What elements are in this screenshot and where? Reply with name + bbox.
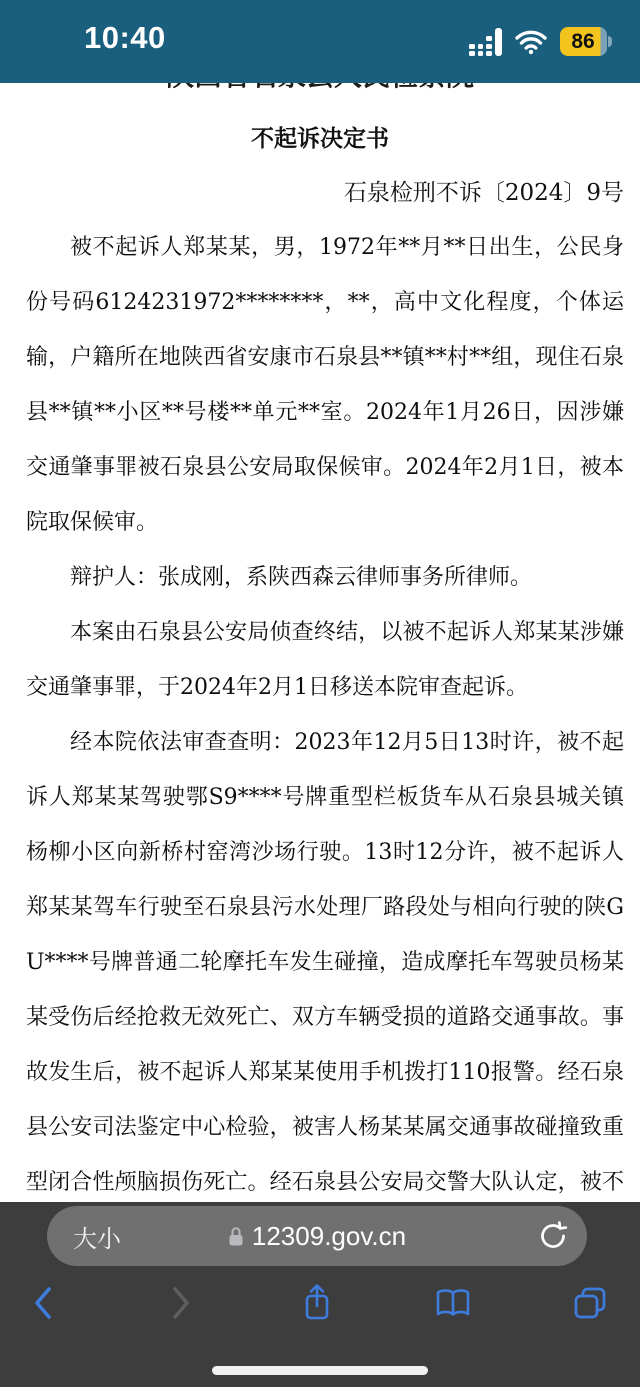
battery-nub <box>608 36 612 47</box>
battery-percent: 86 <box>571 31 594 52</box>
cellular-signal-icon <box>469 28 502 56</box>
reload-button[interactable] <box>537 1220 569 1252</box>
clock: 10:40 <box>84 20 166 56</box>
document-paragraph: 辩护人：张成刚，系陕西森云律师事务所律师。 <box>26 550 624 605</box>
share-button[interactable] <box>295 1281 339 1325</box>
iphone-safari-screen: 陕西省石泉县人民检察院 不起诉决定书 石泉检刑不诉〔2024〕9号 被不起诉人郑… <box>0 0 640 1387</box>
url-text[interactable]: 12309.gov.cn <box>252 1221 406 1252</box>
safari-bottom-bar: 大小 12309.gov.cn <box>0 1202 640 1387</box>
wifi-icon <box>514 29 548 55</box>
forward-button[interactable] <box>159 1281 203 1325</box>
battery-icon: 86 <box>560 27 613 56</box>
bookmarks-button[interactable] <box>431 1281 475 1325</box>
status-bar: 10:40 86 <box>0 0 640 83</box>
tabs-icon <box>572 1285 608 1321</box>
home-indicator[interactable] <box>212 1366 428 1375</box>
lock-icon <box>228 1226 244 1247</box>
document-paragraph: 经本院依法审查查明：2023年12月5日13时许，被不起诉人郑某某驾驶鄂S9**… <box>26 715 624 1265</box>
document-title: 不起诉决定书 <box>0 120 640 153</box>
url-bar[interactable]: 大小 12309.gov.cn <box>47 1206 587 1266</box>
case-number: 石泉检刑不诉〔2024〕9号 <box>344 174 624 207</box>
back-icon <box>32 1285 54 1321</box>
share-icon <box>301 1282 333 1324</box>
webpage-content: 陕西省石泉县人民检察院 不起诉决定书 石泉检刑不诉〔2024〕9号 被不起诉人郑… <box>0 0 640 1387</box>
document-paragraph: 被不起诉人郑某某，男，1972年**月**日出生，公民身份号码612423197… <box>26 220 624 550</box>
forward-icon <box>170 1285 192 1321</box>
tabs-button[interactable] <box>568 1281 612 1325</box>
document-body: 被不起诉人郑某某，男，1972年**月**日出生，公民身份号码612423197… <box>26 220 624 1265</box>
document-paragraph: 本案由石泉县公安局侦查终结，以被不起诉人郑某某涉嫌交通肇事罪，于2024年2月1… <box>26 605 624 715</box>
bookmarks-icon <box>434 1287 472 1319</box>
back-button[interactable] <box>21 1281 65 1325</box>
